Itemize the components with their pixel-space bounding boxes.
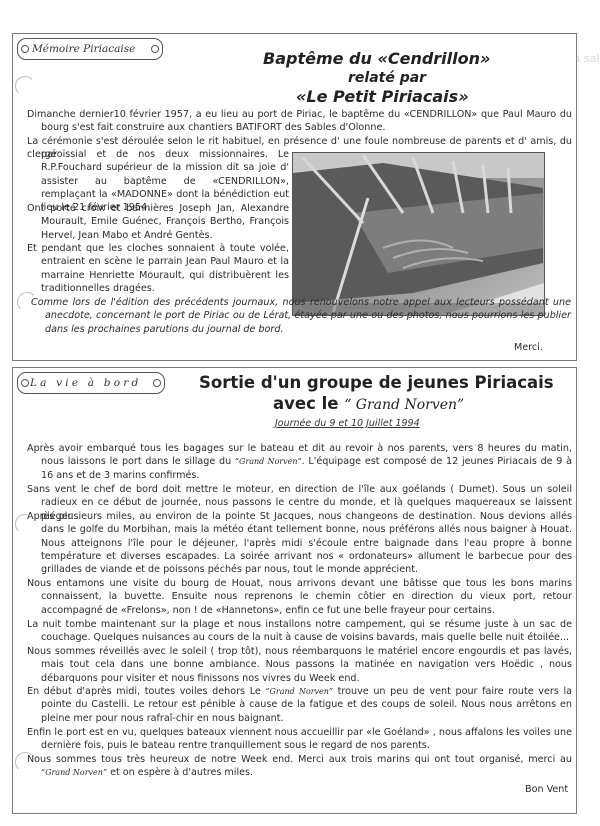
paragraph-text: et on espère à d'autres miles.	[107, 767, 253, 778]
article2-paragraph: Nous sommes réveillés avec le soleil ( t…	[27, 645, 572, 685]
article1-appeal: Comme lors de l'édition des précédents j…	[31, 296, 571, 336]
article2-paragraph: Nous sommes tous très heureux de notre W…	[27, 753, 572, 780]
article-memoire-piriacaise: Mémoire Piriacaise Baptême du «Cendrillo…	[12, 33, 577, 361]
article2-paragraph: Enfin le port est en vu, quelques bateau…	[27, 726, 572, 753]
boat-name-grand-norven: “Grand Norven”	[265, 687, 333, 696]
article2-title-line2: avec le “ Grand Norven”	[273, 394, 464, 413]
boat-construction-photo	[292, 152, 545, 316]
punch-hole-icon	[15, 514, 35, 534]
boat-name-grand-norven: “ Grand Norven”	[344, 397, 464, 413]
boat-name-grand-norven: “Grand Norven”	[235, 457, 302, 466]
section-label-memoire: Mémoire Piriacaise	[17, 38, 163, 60]
article2-title-prefix: avec le	[273, 394, 338, 413]
article2-signoff: Bon Vent	[525, 784, 568, 795]
photo-icon	[293, 153, 544, 315]
paragraph-text: Nous sommes tous très heureux de notre W…	[27, 754, 572, 765]
article1-subtitle-relate: relaté par	[348, 70, 426, 86]
punch-hole-icon	[15, 76, 35, 96]
article1-paragraph: Et pendant que les cloches sonnaient à t…	[27, 242, 289, 295]
article1-paragraph: Dimanche dernier10 février 1957, a eu li…	[27, 108, 572, 135]
article2-title: Sortie d'un groupe de jeunes Piriacais	[199, 373, 554, 392]
paragraph-text: En début d'après midi, toutes voiles deh…	[27, 686, 265, 697]
article2-paragraph: Après avoir embarqué tous les bagages su…	[27, 442, 572, 482]
article2-paragraph: En début d'après midi, toutes voiles deh…	[27, 685, 572, 725]
article1-source: «Le Petit Piriacais»	[296, 87, 469, 106]
boat-name-grand-norven: “Grand Norven”	[41, 768, 107, 777]
article-la-vie-a-bord: La vie à bord Sortie d'un groupe de jeun…	[12, 367, 577, 814]
article2-date: Journée du 9 et 10 Juillet 1994	[275, 418, 420, 429]
article2-paragraph: La nuit tombe maintenant sur la plage et…	[27, 618, 572, 645]
article2-paragraph: Nous entamons une visite du bourg de Hou…	[27, 577, 572, 617]
article1-signoff: Merci.	[514, 342, 543, 353]
article1-paragraph: Ont porté croix et bannières Joseph Jan,…	[27, 202, 289, 242]
section-label-vie-a-bord: La vie à bord	[17, 372, 165, 394]
article2-paragraph: Après plusieurs miles, au environ de la …	[27, 510, 572, 576]
article1-title: Baptême du «Cendrillon»	[263, 49, 490, 68]
